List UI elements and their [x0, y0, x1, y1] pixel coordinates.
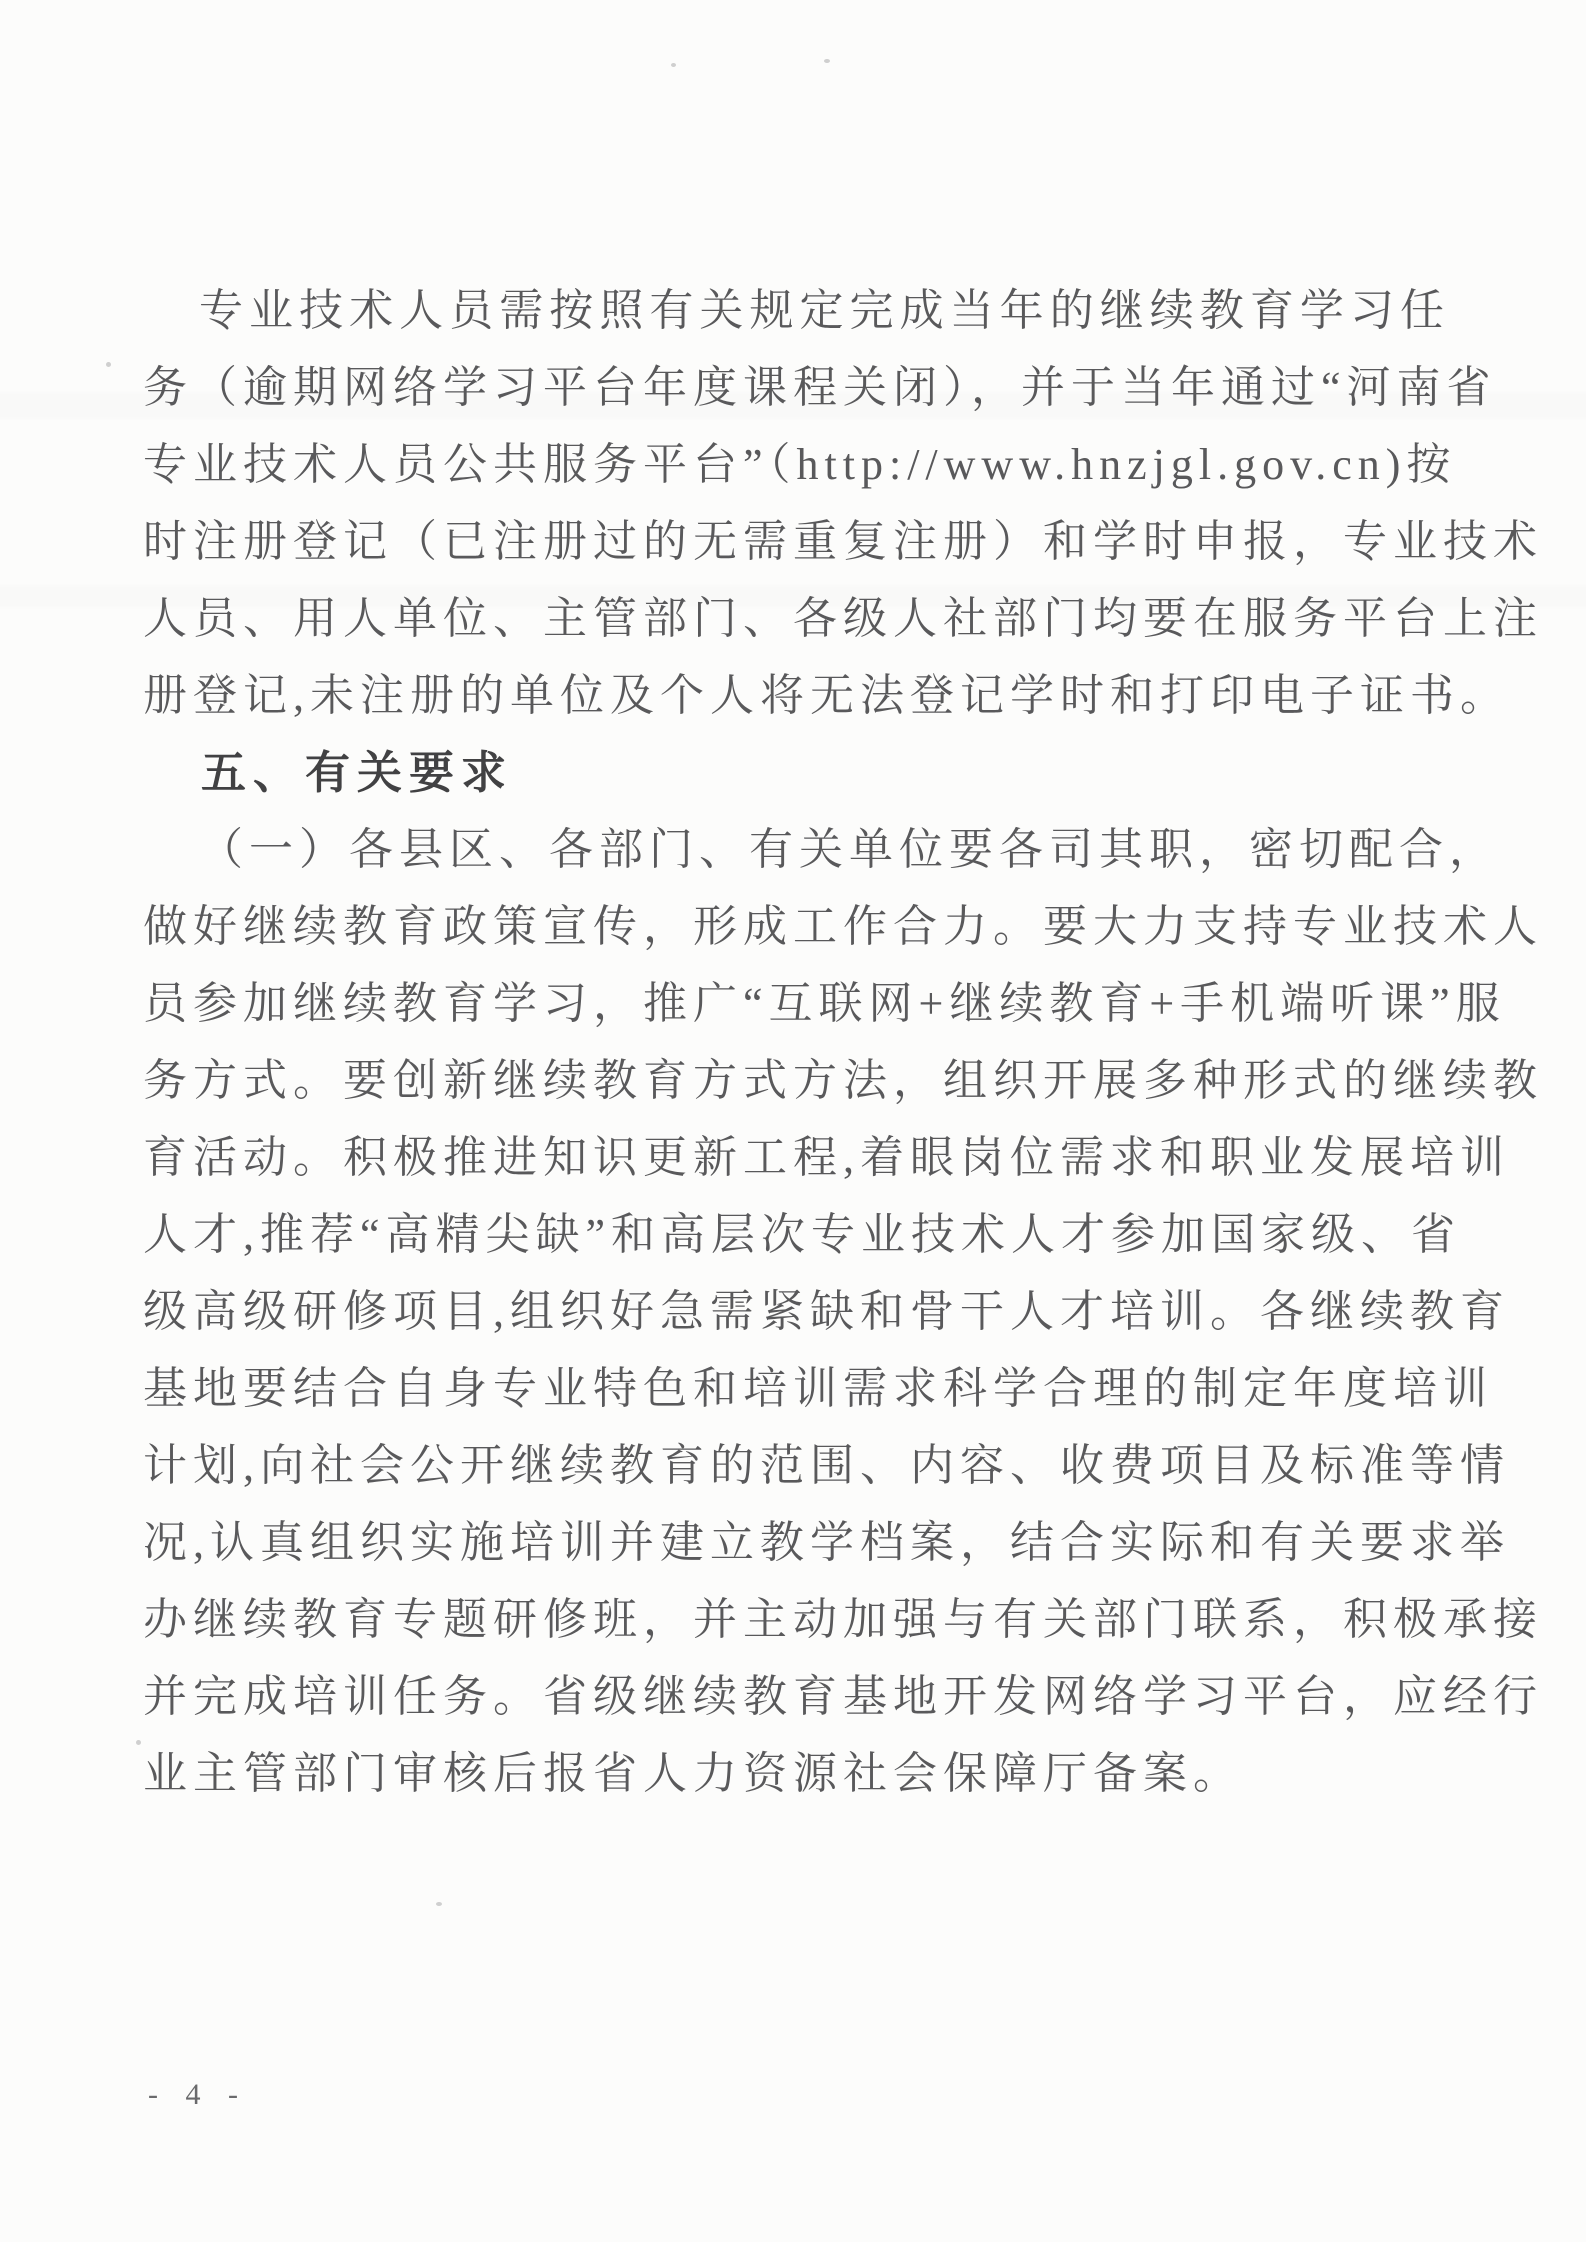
body-line: （一）各县区、各部门、有关单位要各司其职，密切配合，: [143, 811, 1450, 888]
body-line: 做好继续教育政策宣传，形成工作合力。要大力支持专业技术人: [143, 888, 1450, 965]
scan-artifact: [671, 63, 676, 67]
body-line: 办继续教育专题研修班，并主动加强与有关部门联系，积极承接: [143, 1581, 1450, 1658]
body-line: 人员、用人单位、主管部门、各级人社部门均要在服务平台上注: [143, 580, 1450, 657]
body-line: 人才,推荐“高精尖缺”和高层次专业技术人才参加国家级、省: [143, 1196, 1450, 1273]
body-line: 务方式。要创新继续教育方式方法，组织开展多种形式的继续教: [143, 1042, 1450, 1119]
document-page: 专业技术人员需按照有关规定完成当年的继续教育学习任 务（逾期网络学习平台年度课程…: [0, 0, 1586, 2242]
body-line: 况,认真组织实施培训并建立教学档案，结合实际和有关要求举: [143, 1504, 1450, 1581]
body-line: 时注册登记（已注册过的无需重复注册）和学时申报，专业技术: [143, 503, 1450, 580]
document-text: 专业技术人员需按照有关规定完成当年的继续教育学习任 务（逾期网络学习平台年度课程…: [143, 272, 1450, 1812]
body-line: 专业技术人员需按照有关规定完成当年的继续教育学习任: [143, 272, 1450, 349]
section-heading: 五、有关要求: [143, 734, 1450, 811]
body-line: 务（逾期网络学习平台年度课程关闭），并于当年通过“河南省: [143, 349, 1450, 426]
body-line: 员参加继续教育学习，推广“互联网+继续教育+手机端听课”服: [143, 965, 1450, 1042]
page-number: - 4 -: [148, 2078, 248, 2112]
body-line: 册登记,未注册的单位及个人将无法登记学时和打印电子证书。: [143, 657, 1450, 734]
body-line: 专业技术人员公共服务平台”（http://www.hnzjgl.gov.cn)按: [143, 426, 1450, 503]
body-line: 级高级研修项目,组织好急需紧缺和骨干人才培训。各继续教育: [143, 1273, 1450, 1350]
body-line: 业主管部门审核后报省人力资源社会保障厅备案。: [143, 1735, 1450, 1812]
body-line: 基地要结合自身专业特色和培训需求科学合理的制定年度培训: [143, 1350, 1450, 1427]
body-line: 育活动。积极推进知识更新工程,着眼岗位需求和职业发展培训: [143, 1119, 1450, 1196]
scan-artifact: [824, 59, 830, 63]
body-line: 并完成培训任务。省级继续教育基地开发网络学习平台，应经行: [143, 1658, 1450, 1735]
scan-artifact: [436, 1902, 442, 1906]
body-line: 计划,向社会公开继续教育的范围、内容、收费项目及标准等情: [143, 1427, 1450, 1504]
scan-artifact: [106, 362, 111, 367]
scan-artifact: [136, 1740, 141, 1745]
